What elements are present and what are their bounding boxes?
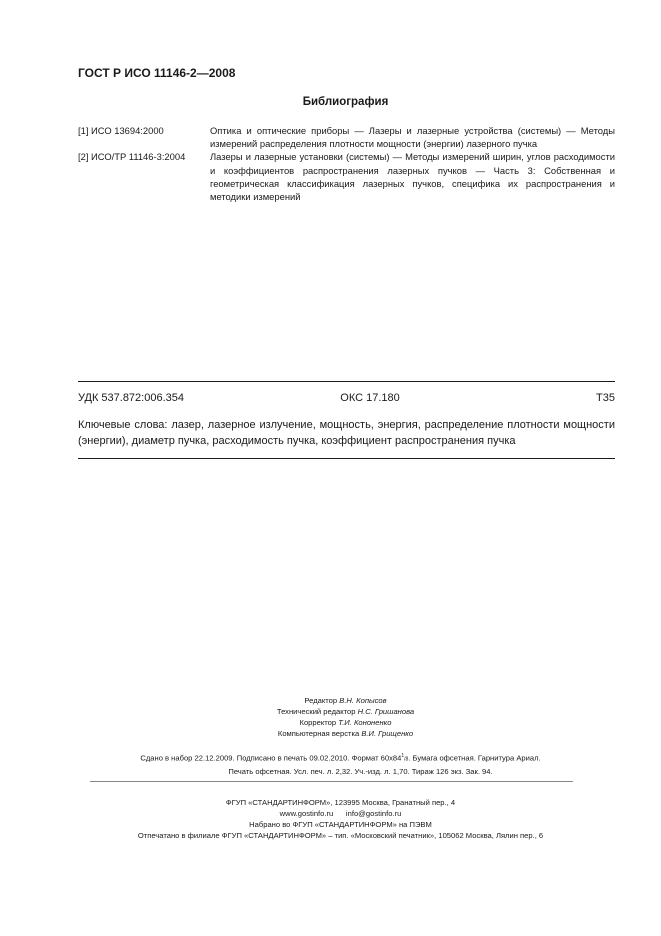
credit-line: Редактор В.Н. Копысов bbox=[30, 695, 661, 706]
publisher-email[interactable]: info@gostinfo.ru bbox=[346, 809, 401, 818]
credit-line: Корректор Т.И. Кононенко bbox=[30, 717, 661, 728]
publisher-block: ФГУП «СТАНДАРТИНФОРМ», 123995 Москва, Гр… bbox=[0, 797, 661, 841]
bibliography-ref-text: Лазеры и лазерные установки (системы) — … bbox=[210, 150, 615, 203]
print-info: Сдано в набор 22.12.2009. Подписано в пе… bbox=[0, 751, 661, 777]
print-info-text: Сдано в набор 22.12.2009. Подписано в пе… bbox=[140, 754, 401, 763]
credit-role: Корректор bbox=[300, 718, 337, 727]
credit-role: Технический редактор bbox=[277, 707, 356, 716]
divider-bottom bbox=[78, 458, 615, 459]
bibliography-title: Библиография bbox=[0, 96, 661, 108]
credit-name: Н.С. Гришанова bbox=[358, 707, 415, 716]
bibliography-ref-number: [2] ИСО/ТР 11146-3:2004 bbox=[78, 150, 210, 203]
credit-line: Компьютерная верстка В.И. Грищенко bbox=[30, 728, 661, 739]
credit-line: Технический редактор Н.С. Гришанова bbox=[30, 706, 661, 717]
credit-role: Компьютерная верстка bbox=[278, 729, 359, 738]
credit-name: В.И. Грищенко bbox=[361, 729, 413, 738]
bibliography-list: [1] ИСО 13694:2000 Оптика и оптические п… bbox=[78, 124, 615, 203]
keywords: Ключевые слова: лазер, лазерное излучени… bbox=[78, 418, 615, 449]
document-code: ГОСТ Р ИСО 11146-2—2008 bbox=[78, 66, 235, 80]
publisher-website[interactable]: www.gostinfo.ru bbox=[280, 809, 334, 818]
typeset-info: Набрано во ФГУП «СТАНДАРТИНФОРМ» на ПЭВМ bbox=[20, 819, 661, 830]
credit-name: Т.И. Кононенко bbox=[338, 718, 391, 727]
publisher-contacts: www.gostinfo.ru info@gostinfo.ru bbox=[20, 808, 661, 819]
bibliography-ref-number: [1] ИСО 13694:2000 bbox=[78, 124, 210, 150]
bibliography-entry: [2] ИСО/ТР 11146-3:2004 Лазеры и лазерны… bbox=[78, 150, 615, 203]
udk-code: УДК 537.872:006.354 bbox=[78, 392, 184, 404]
credits-block: Редактор В.Н. Копысов Технический редакт… bbox=[0, 695, 661, 739]
divider-thin bbox=[90, 781, 573, 782]
oks-code: ОКС 17.180 bbox=[340, 392, 440, 404]
publisher-address: ФГУП «СТАНДАРТИНФОРМ», 123995 Москва, Гр… bbox=[20, 797, 661, 808]
credit-name: В.Н. Копысов bbox=[339, 696, 386, 705]
classification-row: УДК 537.872:006.354 ОКС 17.180 Т35 bbox=[78, 392, 615, 404]
group-code: Т35 bbox=[596, 392, 615, 404]
credit-role: Редактор bbox=[304, 696, 337, 705]
print-info-line-1: Сдано в набор 22.12.2009. Подписано в пе… bbox=[20, 751, 661, 766]
bibliography-entry: [1] ИСО 13694:2000 Оптика и оптические п… bbox=[78, 124, 615, 150]
bibliography-ref-text: Оптика и оптические приборы — Лазеры и л… bbox=[210, 124, 615, 150]
divider-top bbox=[78, 381, 615, 382]
print-info-line-2: Печать офсетная. Усл. печ. л. 2,32. Уч.-… bbox=[20, 766, 661, 777]
print-info-text: . Бумага офсетная. Гарнитура Ариал. bbox=[408, 754, 540, 763]
printed-info: Отпечатано в филиале ФГУП «СТАНДАРТИНФОР… bbox=[20, 830, 661, 841]
